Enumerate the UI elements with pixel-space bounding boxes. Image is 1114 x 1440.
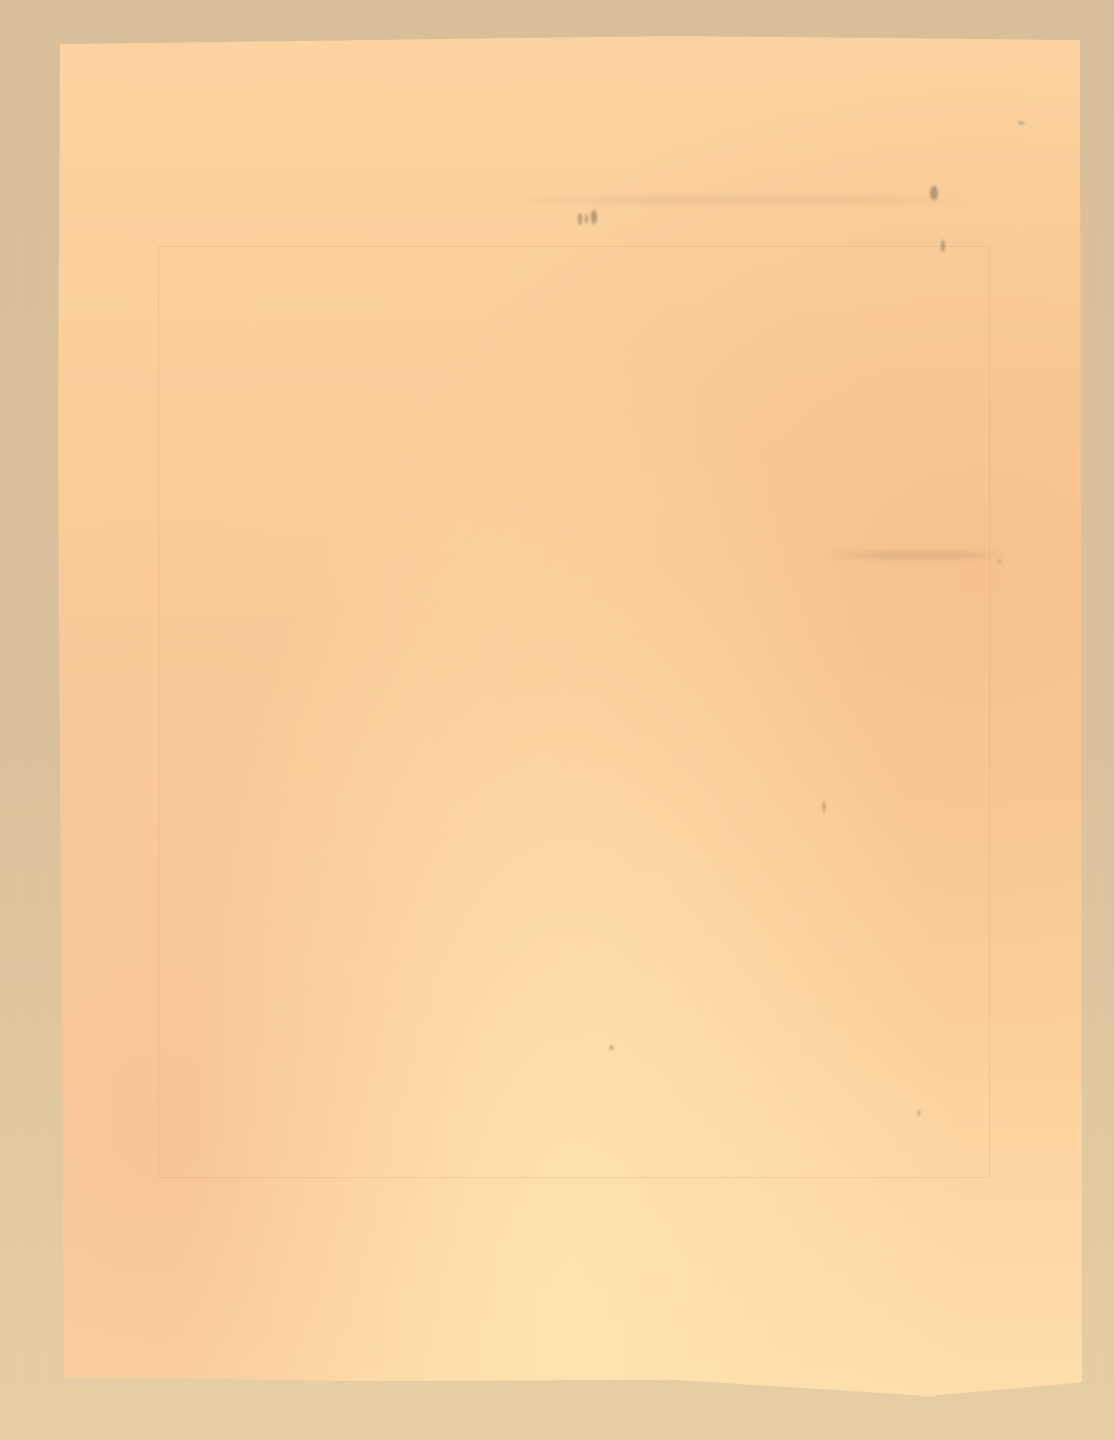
smudge-streak — [498, 196, 978, 204]
ink-mark — [585, 214, 588, 224]
ink-mark — [998, 560, 1001, 563]
ink-mark — [591, 210, 597, 224]
ink-mark — [1018, 122, 1025, 124]
ink-mark — [578, 213, 582, 225]
ink-mark — [918, 1110, 920, 1116]
paper-sheet — [58, 36, 1082, 1396]
ink-mark — [823, 802, 825, 812]
ink-mark — [930, 186, 938, 200]
smudge-streak — [828, 551, 1008, 559]
ink-mark — [610, 1046, 613, 1049]
plate-mark-border — [158, 246, 990, 1178]
ink-mark — [941, 240, 945, 252]
